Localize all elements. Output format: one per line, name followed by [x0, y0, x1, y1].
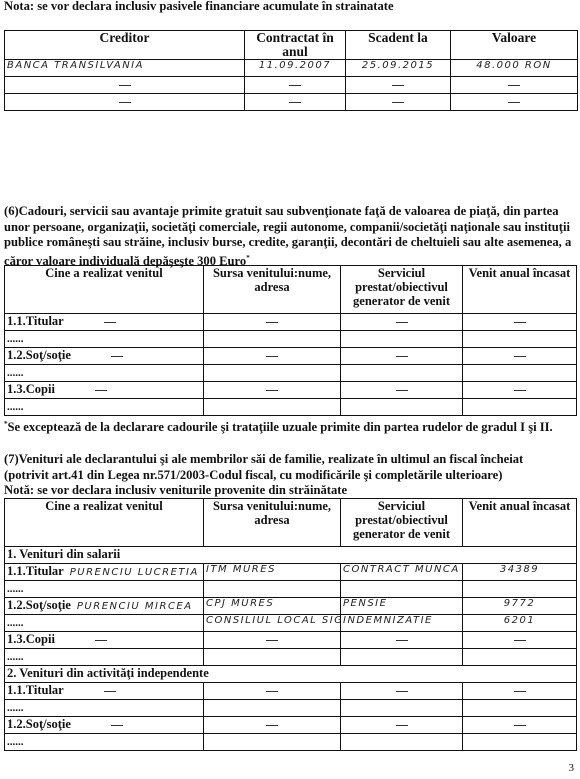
dash-mark [266, 725, 278, 726]
dash-mark [514, 725, 526, 726]
dash-mark [396, 356, 408, 357]
row-label: ...... [7, 702, 24, 714]
dash-mark [289, 85, 301, 86]
column-header: Serviciul prestat/obiectivul generator d… [341, 499, 463, 547]
income-cell: 9772 [463, 598, 577, 615]
dash-mark [95, 640, 107, 641]
top-note: Nota: se vor declara inclusiv pasivele f… [4, 0, 394, 15]
income-cell [463, 348, 577, 365]
income-cell [463, 632, 577, 649]
table-cell: 25.09.2015 [346, 60, 451, 77]
dash-mark [266, 322, 278, 323]
table-row: ......CONSILIUL LOCAL SIGHIȘ.INDEMNIZATI… [5, 615, 577, 632]
row-label-cell: ...... [5, 399, 204, 416]
dash-mark [104, 691, 116, 692]
table-row [5, 77, 578, 94]
column-header: Serviciul prestat/obiectivul generator d… [341, 266, 463, 314]
row-label: 1.3.Copii [7, 382, 55, 396]
service-cell: INDEMNIZATIE [341, 615, 463, 632]
source-cell [204, 365, 341, 382]
table-cell: BANCA TRANSILVANIA [5, 60, 245, 77]
column-header: Scadent la [346, 31, 451, 60]
service-cell: PENSIE [341, 598, 463, 615]
table-row: 1.1.Titular [5, 683, 577, 700]
income-cell: 34389 [463, 564, 577, 581]
dash-mark [514, 640, 526, 641]
service-cell [341, 632, 463, 649]
column-header: Creditor [5, 31, 245, 60]
header-row: Cine a realizat venitulSursa venitului:n… [5, 266, 577, 314]
dash-mark [266, 640, 278, 641]
income-cell [463, 382, 577, 399]
source-cell [204, 734, 341, 751]
dash-mark [266, 691, 278, 692]
group-header: 1. Venituri din salarii [5, 547, 577, 564]
row-label-cell: 1.2.Soţ/soţie [5, 348, 204, 365]
dash-mark [508, 102, 520, 103]
table-row: 1.2.Soţ/soţie [5, 717, 577, 734]
dash-mark [104, 322, 116, 323]
column-header: Sursa venitului:nume, adresa [204, 266, 341, 314]
table-cell [451, 94, 578, 111]
row-label: ...... [7, 367, 24, 379]
service-cell [341, 700, 463, 717]
row-label: ...... [7, 583, 24, 595]
section6-footnote: *Se exceptează de la declarare cadourile… [4, 420, 553, 435]
dash-mark [119, 102, 131, 103]
group-header: 2. Venituri din activităţi independente [5, 666, 577, 683]
table-row [5, 94, 578, 111]
row-label: 1.2.Soţ/soţie [7, 598, 71, 612]
row-label: 1.1.Titular [7, 564, 64, 578]
row-label-cell: 1.1.TitularPURENCIU LUCRETIA [5, 564, 204, 581]
dash-mark [392, 85, 404, 86]
page-number: 3 [569, 762, 575, 774]
table-row: ...... [5, 581, 577, 598]
table-row: ...... [5, 649, 577, 666]
gifts-table: Cine a realizat venitulSursa venitului:n… [4, 265, 577, 416]
income-cell [463, 314, 577, 331]
section7-title-line1: (7)Venituri ale declarantului şi ale mem… [4, 452, 523, 468]
table-row: ...... [5, 365, 577, 382]
section6-footnote-text: Se exceptează de la declarare cadourile … [8, 420, 553, 434]
dash-mark [514, 390, 526, 391]
income-cell [463, 717, 577, 734]
table-row: 1.2.Soţ/soţie [5, 348, 577, 365]
income-cell [463, 700, 577, 717]
service-cell [341, 717, 463, 734]
row-label-cell: 1.3.Copii [5, 632, 204, 649]
table-cell [5, 94, 245, 111]
table-row: 1.1.Titular [5, 314, 577, 331]
table-row: ...... [5, 734, 577, 751]
service-cell [341, 331, 463, 348]
person-name: PURENCIU LUCRETIA [70, 567, 199, 578]
debts-table: CreditorContractat în anulScadent laValo… [4, 30, 578, 111]
table-cell [346, 77, 451, 94]
service-cell [341, 734, 463, 751]
column-header: Sursa venitului:nume, adresa [204, 499, 341, 547]
source-cell [204, 683, 341, 700]
section7-title-line2: (potrivit art.41 din Legea nr.571/2003-C… [4, 468, 523, 484]
source-cell [204, 382, 341, 399]
service-cell [341, 649, 463, 666]
dash-mark [514, 691, 526, 692]
row-label: 1.3.Copii [7, 632, 55, 646]
row-label-cell: ...... [5, 649, 204, 666]
dash-mark [396, 725, 408, 726]
row-label-cell: 1.3.Copii [5, 382, 204, 399]
column-header: Cine a realizat venitul [5, 499, 204, 547]
income-cell [463, 331, 577, 348]
income-cell [463, 683, 577, 700]
dash-mark [396, 691, 408, 692]
service-cell [341, 399, 463, 416]
income-cell [463, 734, 577, 751]
table-row: 1.2.Soţ/soţiePURENCIU MIRCEACPJ MURESPEN… [5, 598, 577, 615]
header-row: Cine a realizat venitulSursa venitului:n… [5, 499, 577, 547]
source-cell [204, 700, 341, 717]
service-cell: CONTRACT MUNCA [341, 564, 463, 581]
service-cell [341, 382, 463, 399]
section6-title: (6)Cadouri, servicii sau avantaje primit… [4, 204, 578, 269]
service-cell [341, 314, 463, 331]
source-cell [204, 331, 341, 348]
source-cell [204, 399, 341, 416]
table-cell [346, 94, 451, 111]
dash-mark [289, 102, 301, 103]
row-label-cell: 1.1.Titular [5, 314, 204, 331]
income-table: Cine a realizat venitulSursa venitului:n… [4, 498, 577, 751]
row-label: ...... [7, 736, 24, 748]
income-cell [463, 581, 577, 598]
source-cell [204, 581, 341, 598]
source-cell [204, 632, 341, 649]
table-cell [451, 77, 578, 94]
row-label-cell: ...... [5, 331, 204, 348]
dash-mark [396, 322, 408, 323]
dash-mark [266, 356, 278, 357]
column-header: Valoare [451, 31, 578, 60]
income-cell [463, 365, 577, 382]
table-row: BANCA TRANSILVANIA11.09.200725.09.201548… [5, 60, 578, 77]
row-label-cell: 1.1.Titular [5, 683, 204, 700]
row-label: ...... [7, 651, 24, 663]
table-row: ...... [5, 399, 577, 416]
dash-mark [266, 390, 278, 391]
dash-mark [119, 85, 131, 86]
row-label: 1.1.Titular [7, 314, 64, 328]
section7-title: (7)Venituri ale declarantului şi ale mem… [4, 452, 523, 499]
income-cell: 6201 [463, 615, 577, 632]
table-cell [245, 77, 346, 94]
dash-mark [396, 640, 408, 641]
source-cell [204, 314, 341, 331]
row-label: 1.2.Soţ/soţie [7, 717, 71, 731]
dash-mark [111, 725, 123, 726]
source-cell [204, 717, 341, 734]
source-cell: CONSILIUL LOCAL SIGHIȘ. [204, 615, 341, 632]
row-label-cell: ...... [5, 581, 204, 598]
row-label-cell: 1.2.Soţ/soţie [5, 717, 204, 734]
table-row: 1.3.Copii [5, 632, 577, 649]
column-header: Venit anual încasat [463, 266, 577, 314]
dash-mark [508, 85, 520, 86]
person-name: PURENCIU MIRCEA [77, 601, 193, 612]
table-row: ...... [5, 700, 577, 717]
dash-mark [514, 322, 526, 323]
income-cell [463, 399, 577, 416]
row-label: 1.2.Soţ/soţie [7, 348, 71, 362]
table-cell [5, 77, 245, 94]
dash-mark [392, 102, 404, 103]
row-label: ...... [7, 617, 24, 629]
dash-mark [111, 356, 123, 357]
service-cell [341, 348, 463, 365]
row-label: 1.1.Titular [7, 683, 64, 697]
dash-mark [514, 356, 526, 357]
row-label-cell: ...... [5, 734, 204, 751]
table-cell: 48.000 RON [451, 60, 578, 77]
service-cell [341, 365, 463, 382]
dash-mark [95, 390, 107, 391]
table-row: ...... [5, 331, 577, 348]
income-cell [463, 649, 577, 666]
table-cell [245, 94, 346, 111]
row-label-cell: ...... [5, 615, 204, 632]
column-header: Cine a realizat venitul [5, 266, 204, 314]
service-cell [341, 581, 463, 598]
source-cell: CPJ MURES [204, 598, 341, 615]
dash-mark [396, 390, 408, 391]
source-cell [204, 649, 341, 666]
footnote-mark: * [246, 254, 250, 262]
row-label-cell: 1.2.Soţ/soţiePURENCIU MIRCEA [5, 598, 204, 615]
source-cell: ITM MURES [204, 564, 341, 581]
source-cell [204, 348, 341, 365]
column-header: Contractat în anul [245, 31, 346, 60]
section7-note: Notă: se vor declara inclusiv veniturile… [4, 483, 523, 499]
row-label: ...... [7, 401, 24, 413]
row-label-cell: ...... [5, 365, 204, 382]
column-header: Venit anual încasat [463, 499, 577, 547]
row-label: ...... [7, 333, 24, 345]
table-row: 1.1.TitularPURENCIU LUCRETIAITM MURESCON… [5, 564, 577, 581]
row-label-cell: ...... [5, 700, 204, 717]
section6-title-text: (6)Cadouri, servicii sau avantaje primit… [4, 204, 571, 268]
table-row: 1.3.Copii [5, 382, 577, 399]
table-cell: 11.09.2007 [245, 60, 346, 77]
service-cell [341, 683, 463, 700]
